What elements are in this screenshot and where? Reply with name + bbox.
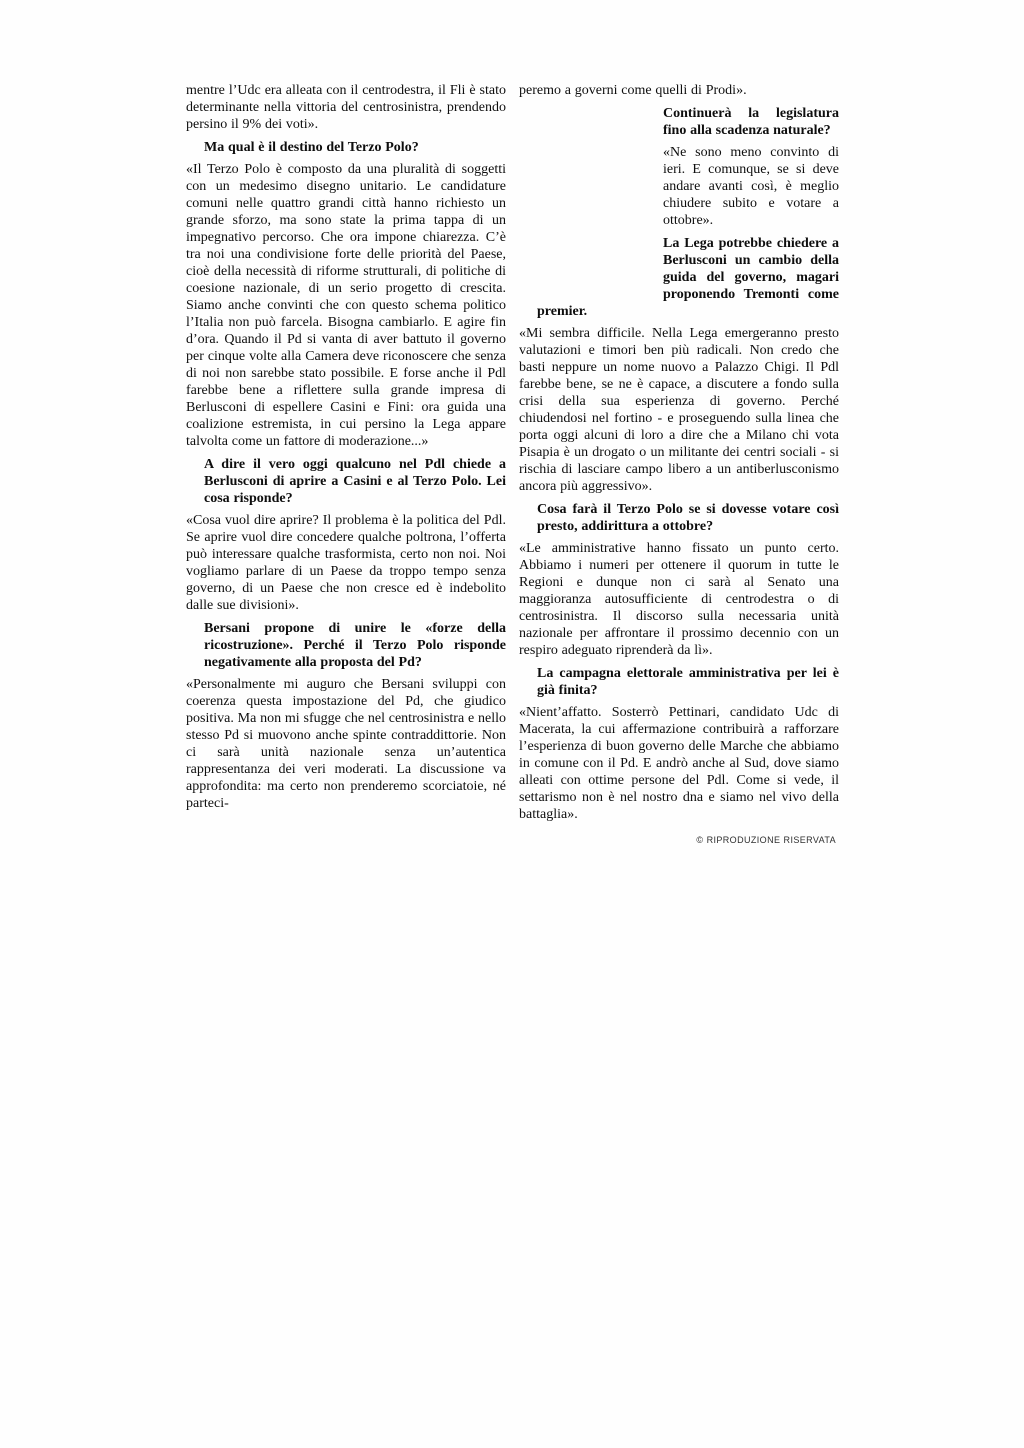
body-paragraph: «Il Terzo Polo è composto da una plurali…: [186, 161, 506, 450]
interview-question: Ma qual è il destino del Terzo Polo?: [186, 139, 506, 156]
copyright-notice: © RIPRODUZIONE RISERVATA: [519, 832, 839, 849]
interview-question: Bersani propone di unire le «forze della…: [186, 620, 506, 671]
interview-question: Cosa farà il Terzo Polo se si dovesse vo…: [519, 501, 839, 535]
interview-question: La campagna elettorale amministrativa pe…: [519, 665, 839, 699]
newspaper-page: mentre l’Udc era alleata con il centrode…: [0, 0, 1024, 1448]
left-column: mentre l’Udc era alleata con il centrode…: [186, 82, 506, 849]
body-paragraph: peremo a governi come quelli di Prodi».: [519, 82, 839, 99]
body-paragraph: «Personalmente mi auguro che Bersani svi…: [186, 676, 506, 812]
article-columns: mentre l’Udc era alleata con il centrode…: [0, 0, 1024, 849]
body-paragraph: «Nient’affatto. Sosterrò Pettinari, cand…: [519, 704, 839, 823]
interview-question: A dire il vero oggi qualcuno nel Pdl chi…: [186, 456, 506, 507]
photo-whitespace: [519, 99, 657, 295]
body-paragraph: «Cosa vuol dire aprire? Il problema è la…: [186, 512, 506, 614]
right-column: peremo a governi come quelli di Prodi». …: [519, 82, 839, 849]
body-paragraph: «Mi sembra difficile. Nella Lega emerger…: [519, 325, 839, 495]
body-paragraph: mentre l’Udc era alleata con il centrode…: [186, 82, 506, 133]
body-paragraph: «Le amministrative hanno fissato un punt…: [519, 540, 839, 659]
